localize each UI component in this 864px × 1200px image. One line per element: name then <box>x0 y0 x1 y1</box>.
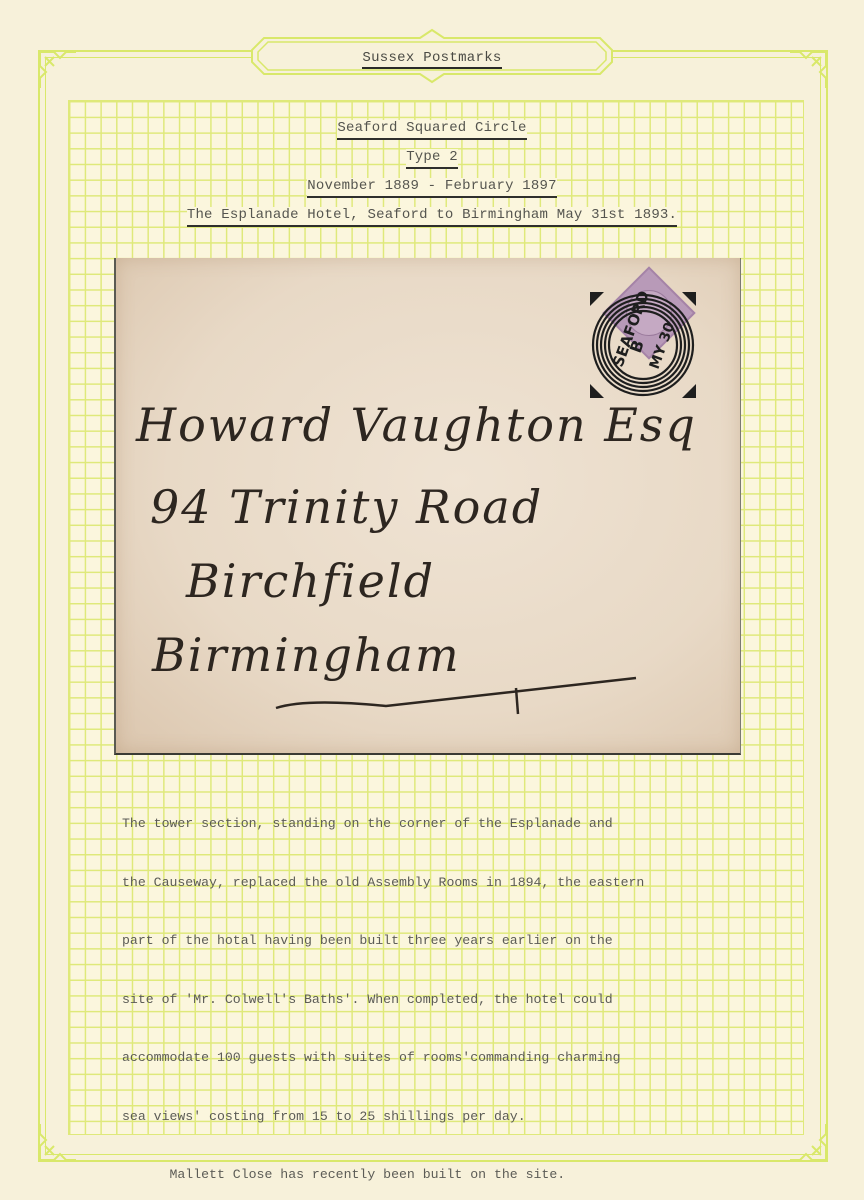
date-range: November 1889 - February 1897 <box>307 178 556 198</box>
address-line-district: Birchfield <box>186 554 435 608</box>
heading-postmark-type: Seaford Squared Circle <box>0 120 864 136</box>
series-title: Sussex Postmarks <box>362 50 501 69</box>
svg-text:SEAFORD: SEAFORD <box>609 290 653 369</box>
postmark-name: Seaford Squared Circle <box>337 120 526 140</box>
postmark-type: Type 2 <box>406 149 458 169</box>
cover-notes: The tower section, standing on the corne… <box>122 775 782 1200</box>
corner-ornament-icon <box>36 48 80 92</box>
address-line-name: Howard Vaughton Esq <box>136 398 697 452</box>
notes-line: Mallett Close has recently been built on… <box>122 1165 782 1185</box>
notes-line: site of 'Mr. Colwell's Baths'. When comp… <box>122 990 782 1010</box>
notes-line: the Causeway, replaced the old Assembly … <box>122 873 782 893</box>
heading-type: Type 2 <box>0 149 864 165</box>
heading-cover-description: The Esplanade Hotel, Seaford to Birmingh… <box>0 207 864 223</box>
heading-date-range: November 1889 - February 1897 <box>0 178 864 194</box>
address-line-street: 94 Trinity Road <box>150 480 543 534</box>
svg-text:MY 30: MY 30 <box>647 320 679 371</box>
notes-line: accommodate 100 guests with suites of ro… <box>122 1048 782 1068</box>
address-flourish-icon <box>266 668 646 718</box>
envelope-cover: SEAFORD B MY 30 Howard Vaughton Esq 94 T… <box>114 258 741 755</box>
squared-circle-postmark-icon: SEAFORD B MY 30 <box>588 290 698 400</box>
notes-line: The tower section, standing on the corne… <box>122 814 782 834</box>
corner-ornament-icon <box>786 48 830 92</box>
notes-line: sea views' costing from 15 to 25 shillin… <box>122 1107 782 1127</box>
cover-description: The Esplanade Hotel, Seaford to Birmingh… <box>187 207 677 227</box>
title-cartouche: Sussex Postmarks <box>250 28 614 84</box>
notes-line: part of the hotal having been built thre… <box>122 931 782 951</box>
